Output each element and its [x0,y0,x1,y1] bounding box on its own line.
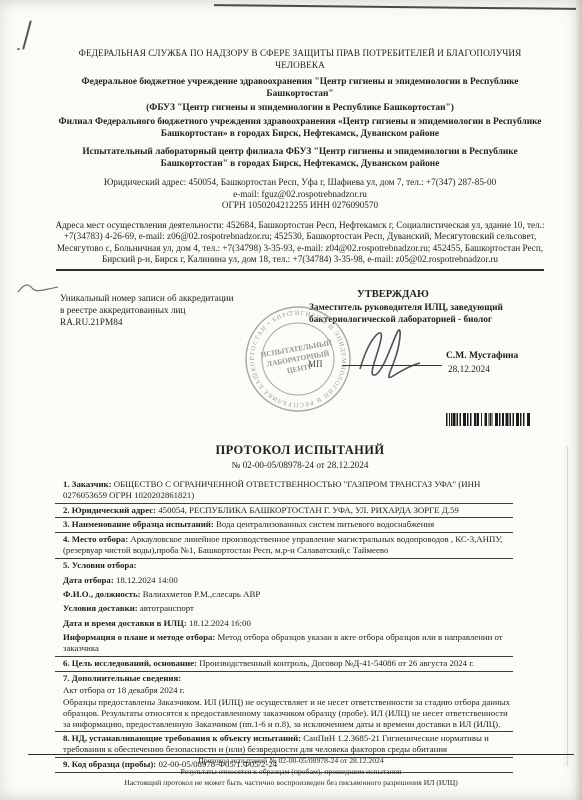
section-sample-name: 3. Наименование образца испытаний: Вода … [55,518,513,533]
org-full-name: Федеральное бюджетное учреждение здравоо… [54,77,546,101]
sampling-method-row: Информация о плане и методе отбора: Мето… [63,632,513,654]
approve-heading: УТВЕРЖДАЮ [357,289,559,300]
scanned-protocol-page: ФЕДЕРАЛЬНАЯ СЛУЖБА ПО НАДЗОРУ В СФЕРЕ ЗА… [0,0,582,800]
section-value: Аркауловское линейное производственное у… [63,534,502,555]
federal-agency-title: ФЕДЕРАЛЬНАЯ СЛУЖБА ПО НАДЗОРУ В СФЕРЕ ЗА… [54,48,546,71]
barcode [446,413,530,426]
page-footer: Протокол испытаний № 02-00-05/08978-24 о… [0,756,582,788]
handwritten-signature [354,323,446,385]
section-label: 5. Условия отбора: [63,560,513,571]
row-label: Дата и время доставки в ИЛЦ: [63,618,187,628]
activity-addresses: Адреса мест осуществления деятельности: … [54,220,546,266]
legal-address: Юридический адрес: 450054, Башкортостан … [54,177,546,189]
section-label: 3. Наименование образца испытаний: [63,519,214,529]
approval-date: 28.12.2024 [448,365,490,375]
section-customer: 1. Заказчик: ОБЩЕСТВО С ОГРАНИЧЕННОЙ ОТВ… [55,478,513,504]
footer-divider-line [28,754,574,755]
org-short-name: (ФБУЗ "Центр гигиены и эпидемиологии в Р… [54,103,546,115]
section-value: 450054, РЕСПУБЛИКА БАШКОРТОСТАН Г. УФА, … [158,505,459,515]
page-fold-artifact [567,446,568,766]
row-value: 18.12.2024 16:00 [189,618,251,628]
footer-results-note: Результаты относятся к образцам (пробам)… [0,767,582,778]
testing-lab-center-name: Испытательный лабораторный центр филиала… [54,147,546,171]
footer-protocol-ref: Протокол испытаний № 02-00-05/08978-24 о… [0,756,582,767]
protocol-sections: 1. Заказчик: ОБЩЕСТВО С ОГРАНИЧЕННОЙ ОТВ… [55,478,513,773]
section-sampling-conditions: 5. Условия отбора: Дата отбора: 18.12.20… [55,559,513,657]
row-value: Валиахметов Р.М.,слесарь АВР [143,589,260,599]
branch-name: Филиал Федерального бюджетного учреждени… [54,117,546,141]
row-label: Ф.И.О., должность: [63,589,141,599]
round-stamp: ГИГИЕНЫ И ЭПИДЕМИОЛОГИИ В РЕСПУБЛИКЕ БАШ… [240,301,356,417]
sampler-row: Ф.И.О., должность: Валиахметов Р.М.,слес… [63,589,513,600]
mp-seal-mark: МП [308,359,323,369]
section-label: 6. Цель исследований, основание: [63,658,197,668]
section-label: 1. Заказчик: [63,479,112,489]
section-value: Вода централизованных систем питьевого в… [216,519,434,529]
section-sampling-place: 4. Место отбора: Аркауловское линейное п… [55,533,513,559]
ogrn-inn: ОГРН 1050204212255 ИНН 0276090570 [54,200,546,212]
org-email: e-mail: fguz@02.rospotrebnadzor.ru [54,189,546,201]
delivery-conditions-row: Условия доставки: автотранспорт [63,603,513,614]
delivery-datetime-row: Дата и время доставки в ИЛЦ: 18.12.2024 … [63,618,513,629]
protocol-number: № 02-00-05/08978-24 от 28.12.2024 [54,460,546,470]
footer-reproduction-note: Настоящий протокол не может быть частичн… [0,778,582,789]
section-label: 7. Дополнительные сведения: [63,673,513,684]
section-value: ОБЩЕСТВО С ОГРАНИЧЕННОЙ ОТВЕТСТВЕННОСТЬЮ… [63,479,480,500]
row-value: 18.12.2024 14:00 [116,575,178,585]
row-label: Условия доставки: [63,603,138,613]
approval-block: Уникальный номер записи об аккредитации … [54,285,546,437]
section-label: 4. Место отбора: [63,534,128,544]
row-label: Дата отбора: [63,575,114,585]
document-content: ФЕДЕРАЛЬНАЯ СЛУЖБА ПО НАДЗОРУ В СФЕРЕ ЗА… [0,0,582,773]
section-legal-address: 2. Юридический адрес: 450054, РЕСПУБЛИКА… [55,504,513,519]
protocol-title: ПРОТОКОЛ ИСПЫТАНИЙ [54,443,546,458]
sampling-act-line: Акт отбора от 18 декабря 2024 г. [63,685,513,696]
scan-edge-shadow [575,0,582,800]
row-label: Информация о плане и методе отбора: [63,632,215,642]
pen-dot-artifact [17,48,20,50]
protocol-title-block: ПРОТОКОЛ ИСПЫТАНИЙ № 02-00-05/08978-24 о… [54,443,546,470]
section-value: Производственный контроль, Договор №Д-41… [199,658,474,668]
section-additional-info: 7. Дополнительные сведения: Акт отбора о… [55,672,513,733]
header-divider-line [56,269,544,271]
section-research-purpose: 6. Цель исследований, основание: Произво… [55,657,513,672]
disclaimer-paragraph: Образцы предоставлены Заказчиком. ИЛ (ИЛ… [63,697,513,730]
approver-name: С.М. Мустафина [446,351,518,361]
section-label: 2. Юридический адрес: [63,505,156,515]
sampling-date-row: Дата отбора: 18.12.2024 14:00 [63,575,513,586]
row-value: автотранспорт [140,603,194,613]
section-label: 8. НД, устанавливающие требования к объе… [63,733,301,743]
